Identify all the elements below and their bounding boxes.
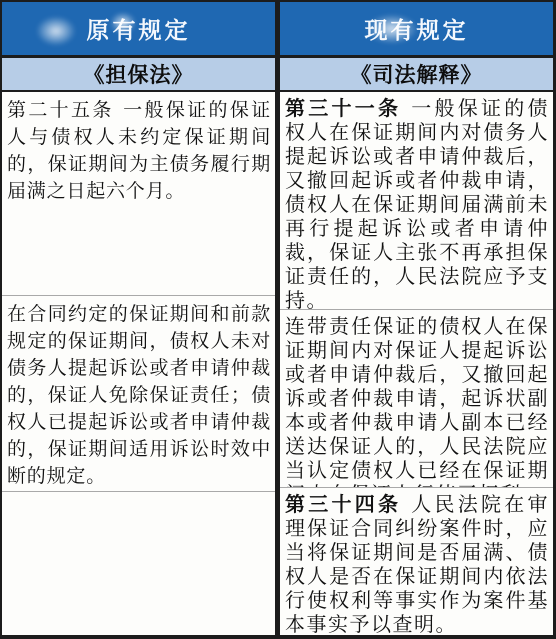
- body-row: 第二十五条一般保证的保证人与债权人未约定保证期间的，保证期间为主债务履行期届满之…: [2, 92, 553, 635]
- cell-article-25: 第二十五条一般保证的保证人与债权人未约定保证期间的，保证期间为主债务履行期届满之…: [2, 92, 275, 296]
- column-new-provisions: 第三十一条一般保证的债权人在保证期间内对债务人提起诉讼或者申请仲裁后，又撤回起诉…: [280, 92, 553, 635]
- subheader-judicial-interpretation: 《司法解释》: [280, 58, 553, 90]
- comparison-table: 原有规定 现有规定 《担保法》 《司法解释》 第二十五条一般保证的保证人与债权人…: [0, 0, 556, 639]
- header-old-provisions: 原有规定: [2, 2, 275, 55]
- header-old-label: 原有规定: [87, 12, 191, 45]
- header-new-label: 现有规定: [365, 12, 469, 45]
- column-old-provisions: 第二十五条一般保证的保证人与债权人未约定保证期间的，保证期间为主债务履行期届满之…: [2, 92, 275, 635]
- article-number: 第三十一条: [285, 98, 401, 120]
- cell-joint-liability-rule: 连带责任保证的债权人在保证期间内对保证人提起诉讼或者申请仲裁后，又撤回起诉或者仲…: [280, 310, 553, 488]
- article-text: 在合同约定的保证期间和前款规定的保证期间，债权人未对债务人提起诉讼或者申请仲裁的…: [7, 304, 271, 487]
- cell-article-34: 第三十四条人民法院在审理保证合同纠纷案件时，应当将保证期间是否届满、债权人是否在…: [280, 488, 553, 635]
- subheader-new-label: 《司法解释》: [351, 59, 483, 89]
- article-number: 第二十五条: [7, 100, 114, 121]
- article-text: 连带责任保证的债权人在保证期间内对保证人提起诉讼或者申请仲裁后，又撤回起诉或者仲…: [285, 316, 549, 488]
- header-row: 原有规定 现有规定: [2, 2, 553, 58]
- subheader-guarantee-law: 《担保法》: [2, 58, 275, 90]
- cell-empty: [2, 492, 275, 635]
- watermark-smudge: [36, 16, 76, 46]
- cell-guarantee-period-rule: 在合同约定的保证期间和前款规定的保证期间，债权人未对债务人提起诉讼或者申请仲裁的…: [2, 296, 275, 492]
- header-new-provisions: 现有规定: [280, 2, 553, 55]
- article-number: 第三十四条: [285, 494, 401, 516]
- subheader-old-label: 《担保法》: [84, 59, 194, 89]
- article-text: 一般保证的债权人在保证期间内对债务人提起诉讼或者申请仲裁后，又撤回起诉或者仲裁申…: [285, 98, 549, 310]
- cell-article-31: 第三十一条一般保证的债权人在保证期间内对债务人提起诉讼或者申请仲裁后，又撤回起诉…: [280, 92, 553, 310]
- subheader-row: 《担保法》 《司法解释》: [2, 58, 553, 92]
